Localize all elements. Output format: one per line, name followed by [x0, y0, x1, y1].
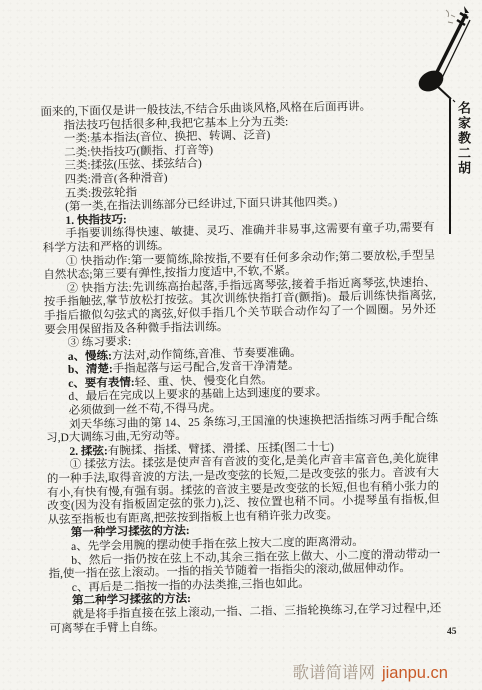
page-body: 面来的,下面仅是讲一般技法,不结合乐曲谈风格,风格在后面再讲。指法技巧包括很多种…	[40, 100, 441, 637]
watermark-footer: 歌谱简谱网jianpu.cn	[292, 659, 448, 683]
book-title-vertical: 名家教二胡	[454, 101, 473, 176]
site-name: 歌谱简谱网	[292, 664, 375, 682]
page-number: 45	[447, 627, 457, 637]
erhu-illustration-icon	[410, 0, 482, 106]
sidebar-book-title: 名家教二胡	[449, 99, 473, 234]
paragraph: 就是将手指直接在弦上滚动,一指、二指、三指轮换练习,在学习过程中,还可离琴在手臂…	[49, 603, 441, 637]
sidebar-rule	[449, 99, 451, 234]
paragraph: ① 揉弦方法。揉弦是使声音有音波的变化,是美化声音丰富音色,美化旋律的一种手法,…	[47, 453, 440, 528]
site-url: jianpu.cn	[382, 664, 448, 682]
paragraph: ② 快指方法:先训练高抬起落,手指远离琴弦,接着手指近离琴弦,快速抬、按手指触弦…	[43, 276, 436, 337]
book-page: 名家教二胡 面来的,下面仅是讲一般技法,不结合乐曲谈风格,风格在后面再讲。指法技…	[0, 0, 482, 690]
